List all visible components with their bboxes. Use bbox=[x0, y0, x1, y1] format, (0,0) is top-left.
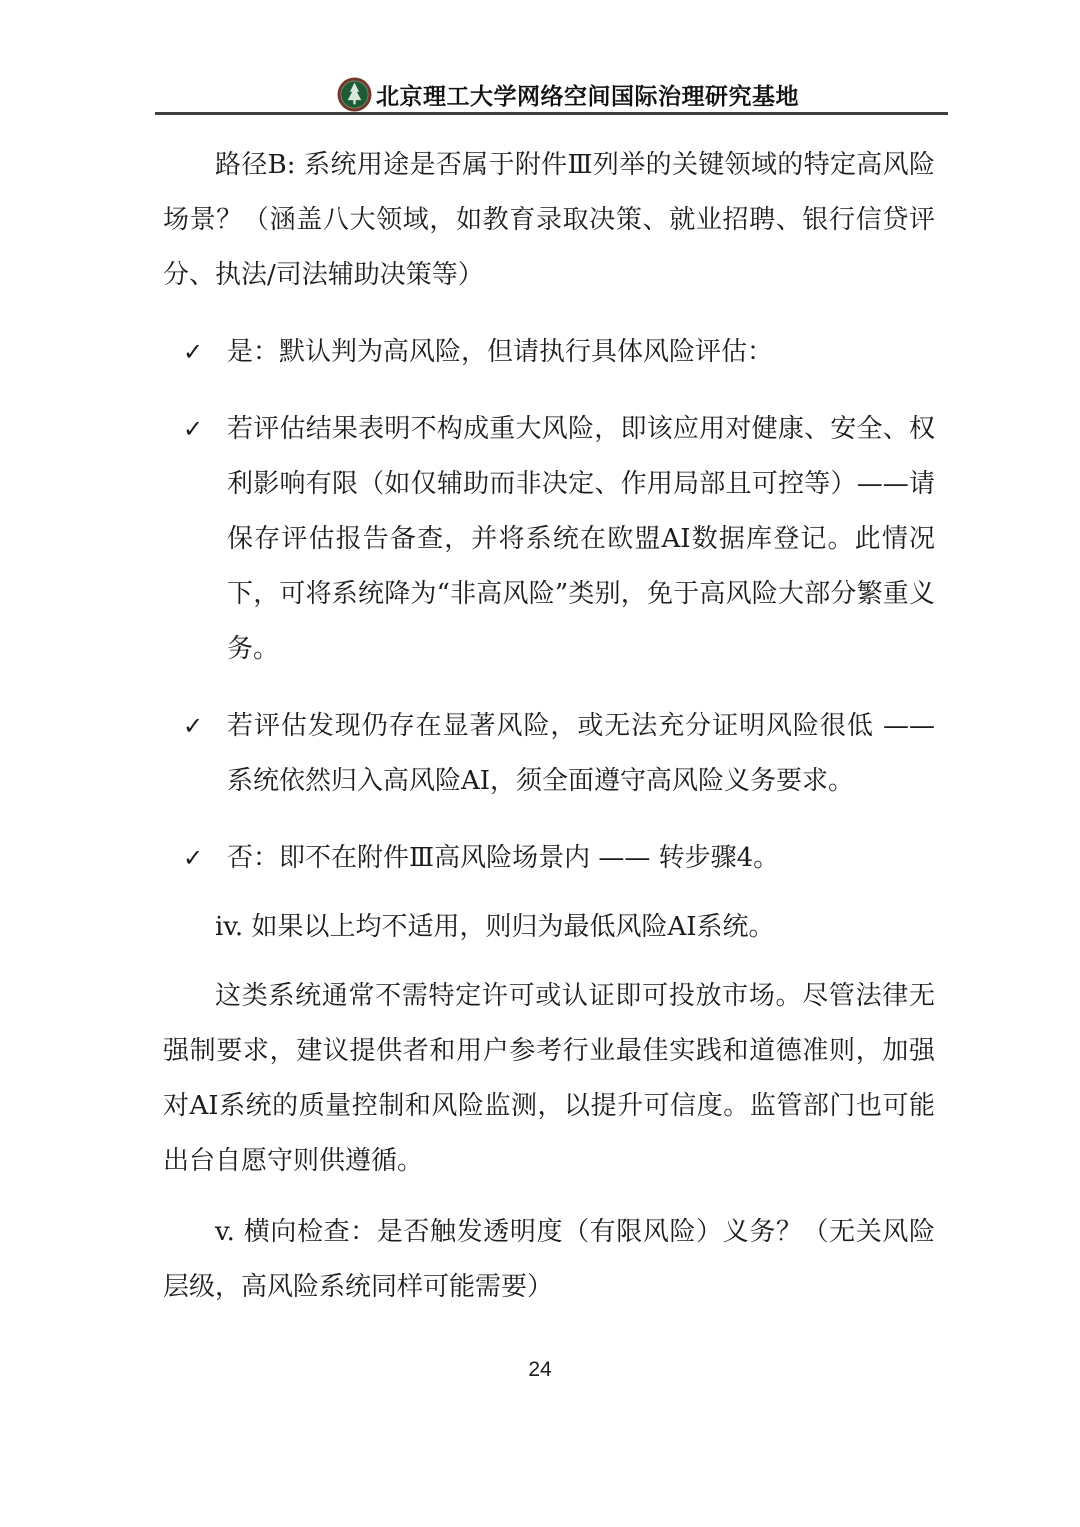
checklist-item: ✓ 若评估发现仍存在显著风险，或无法充分证明风险很低 —— 系统依然归入高风险A… bbox=[163, 699, 935, 809]
paragraph-iv: iv. 如果以上均不适用，则归为最低风险AI系统。 bbox=[163, 900, 935, 955]
header-divider bbox=[155, 112, 948, 115]
checklist-item-text: 若评估发现仍存在显著风险，或无法充分证明风险很低 —— 系统依然归入高风险AI，… bbox=[227, 711, 935, 796]
checklist-item-text: 否：即不在附件Ⅲ高风险场景内 —— 转步骤4。 bbox=[227, 843, 779, 873]
checklist-item: ✓ 是：默认判为高风险，但请执行具体风险评估： bbox=[163, 325, 935, 380]
paragraph-path-b: 路径B: 系统用途是否属于附件Ⅲ列举的关键领域的特定高风险场景？（涵盖八大领域，… bbox=[163, 138, 935, 303]
checkmark-icon: ✓ bbox=[183, 831, 203, 886]
page-header: 北京理工大学网络空间国际治理研究基地 bbox=[0, 0, 1080, 115]
paragraph-market: 这类系统通常不需特定许可或认证即可投放市场。尽管法律无强制要求，建议提供者和用户… bbox=[163, 969, 935, 1189]
checklist-item-text: 是：默认判为高风险，但请执行具体风险评估： bbox=[227, 337, 773, 367]
header-brand: 北京理工大学网络空间国际治理研究基地 bbox=[337, 77, 799, 112]
checklist-item: ✓ 否：即不在附件Ⅲ高风险场景内 —— 转步骤4。 bbox=[163, 831, 935, 886]
checkmark-icon: ✓ bbox=[183, 699, 203, 754]
checklist-item-text: 若评估结果表明不构成重大风险，即该应用对健康、安全、权利影响有限（如仅辅助而非决… bbox=[227, 414, 935, 664]
checklist-item: ✓ 若评估结果表明不构成重大风险，即该应用对健康、安全、权利影响有限（如仅辅助而… bbox=[163, 402, 935, 677]
checkmark-icon: ✓ bbox=[183, 325, 203, 380]
header-title: 北京理工大学网络空间国际治理研究基地 bbox=[376, 78, 799, 111]
paragraph-v: v. 横向检查：是否触发透明度（有限风险）义务？（无关风险层级，高风险系统同样可… bbox=[163, 1205, 935, 1315]
page-number: 24 bbox=[0, 1358, 1080, 1382]
document-body: 路径B: 系统用途是否属于附件Ⅲ列举的关键领域的特定高风险场景？（涵盖八大领域，… bbox=[163, 122, 935, 1315]
university-seal-icon bbox=[337, 77, 372, 112]
checkmark-icon: ✓ bbox=[183, 402, 203, 457]
